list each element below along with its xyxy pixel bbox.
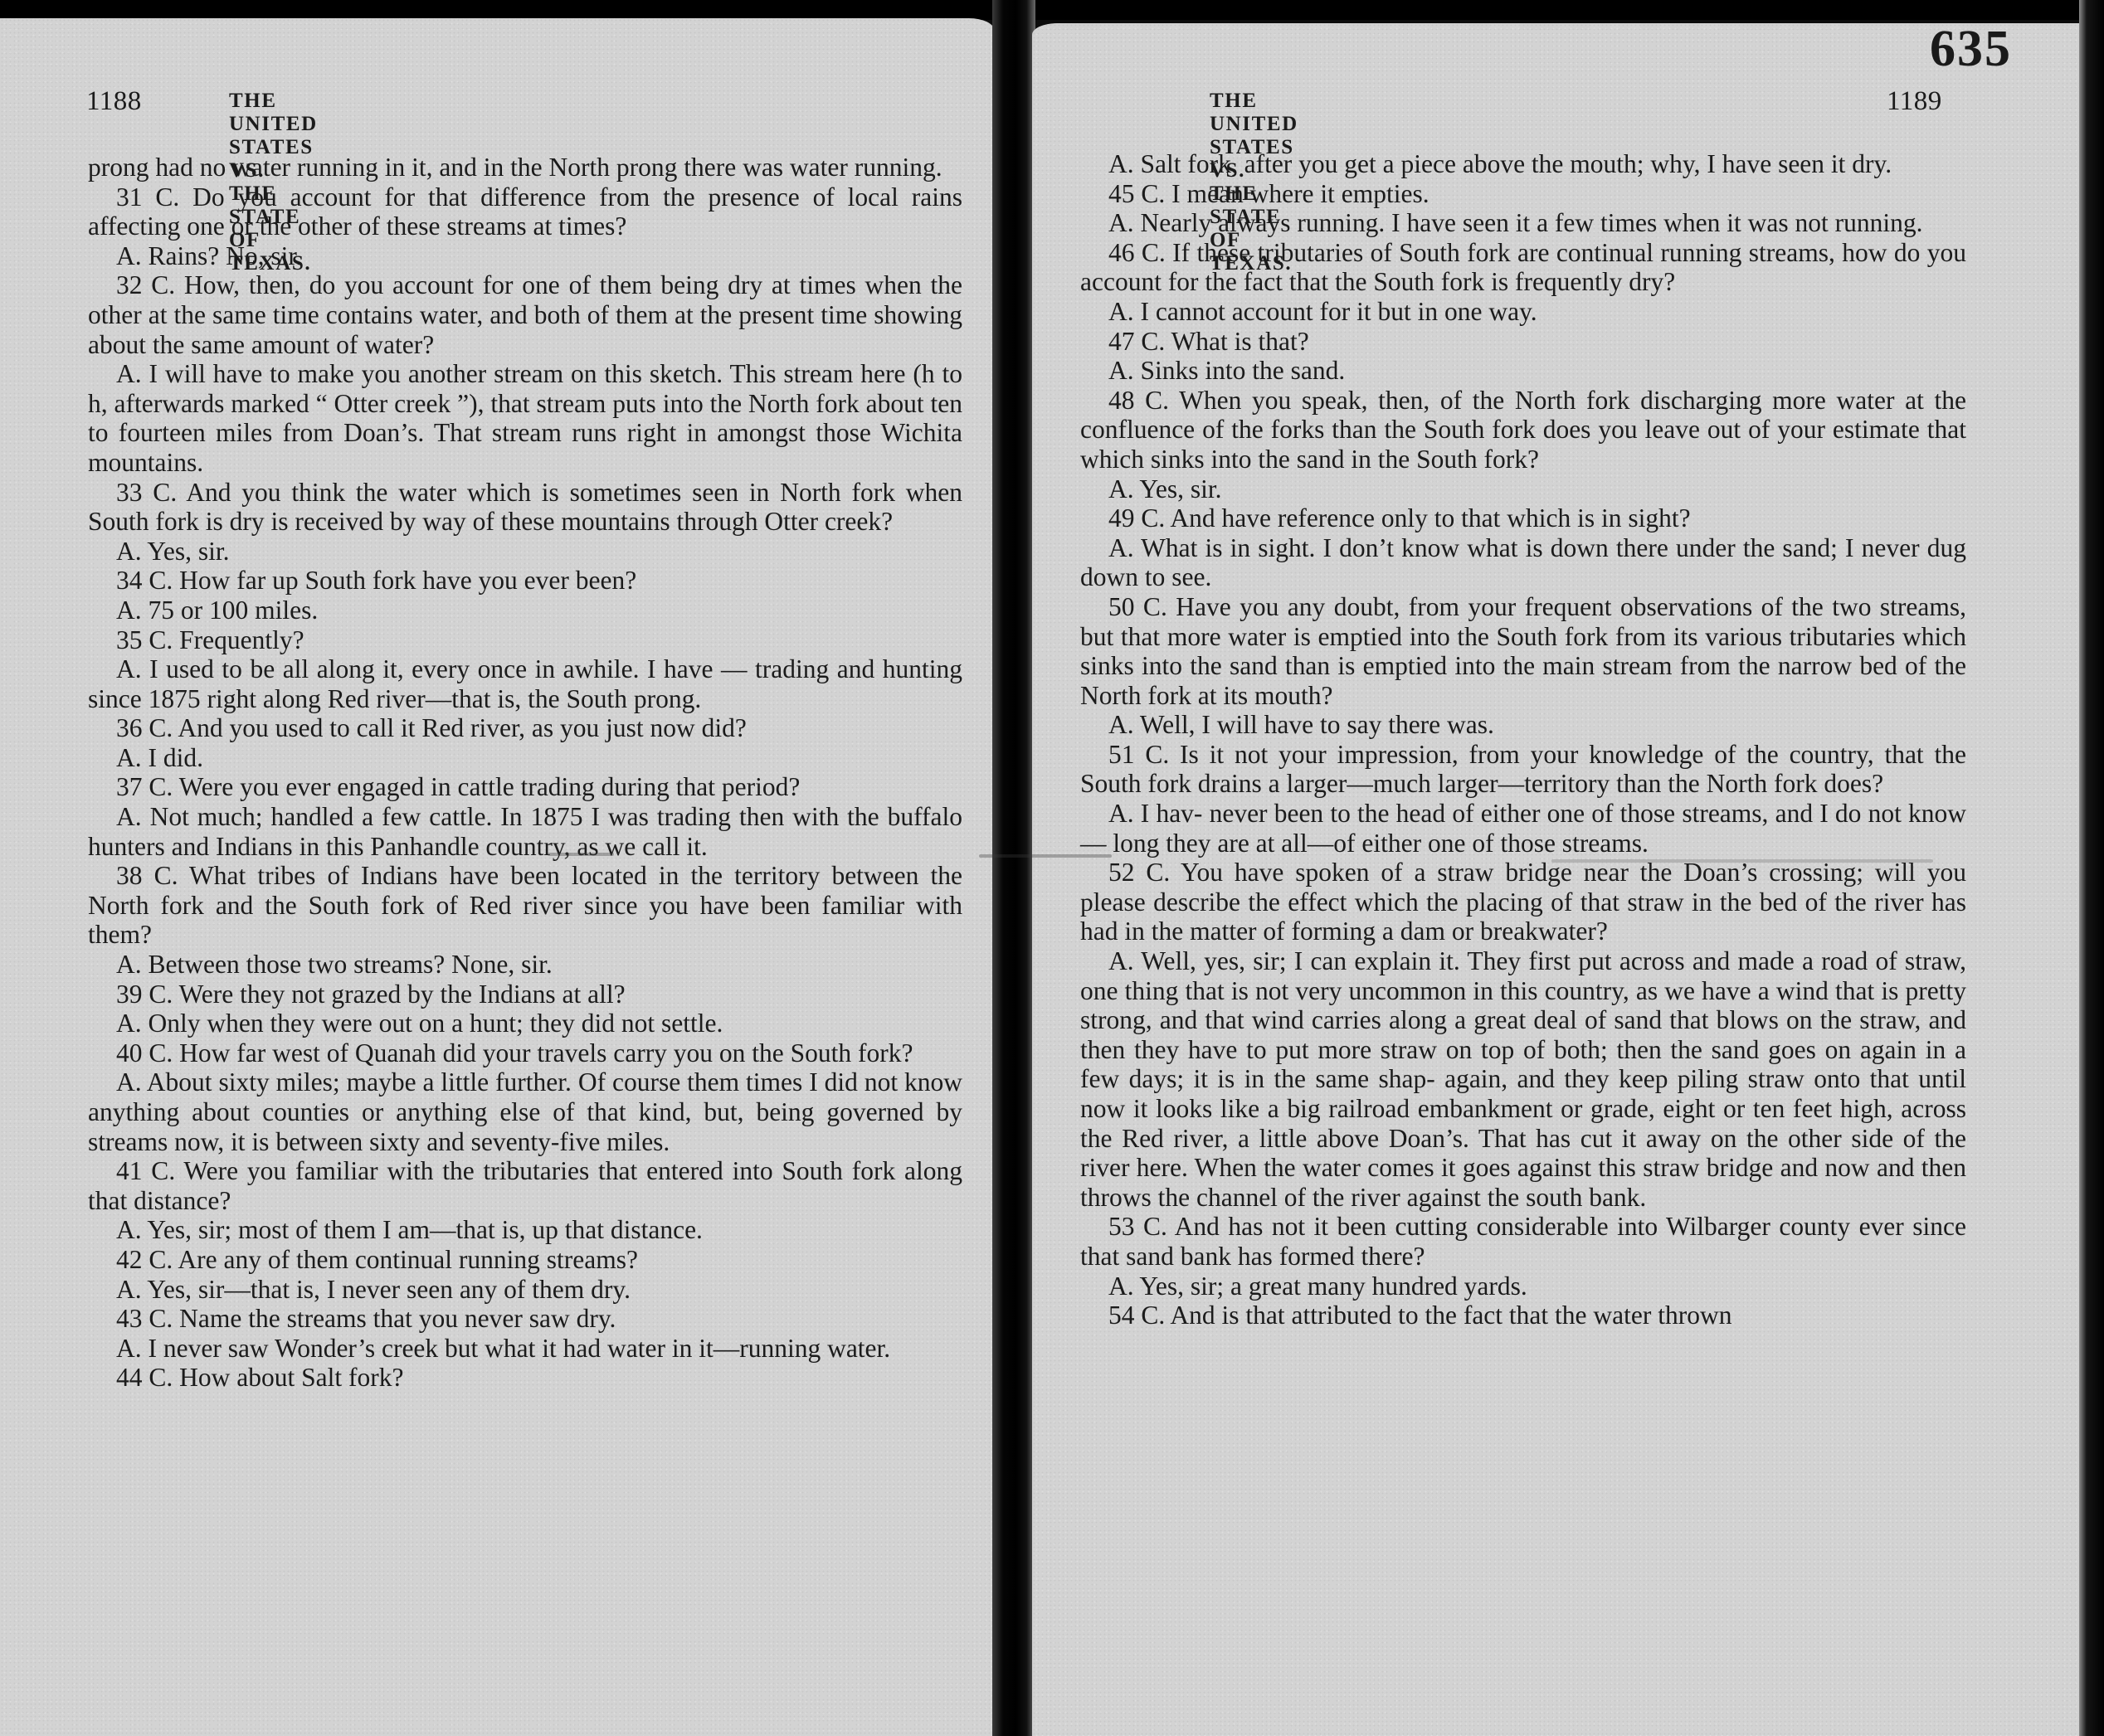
question-40: 40 C. How far west of Quanah did your tr… — [88, 1038, 962, 1068]
answer-35: A. I used to be all along it, every once… — [88, 654, 962, 713]
book-gutter — [992, 0, 1035, 1736]
answer-31: A. Rains? No, sir. — [88, 241, 962, 271]
answer-52: A. Well, yes, sir; I can explain it. The… — [1080, 946, 1966, 1212]
question-34: 34 C. How far up South fork have you eve… — [88, 566, 962, 596]
answer-33: A. Yes, sir. — [88, 537, 962, 567]
answer-32: A. I will have to make you another strea… — [88, 359, 962, 477]
question-42: 42 C. Are any of them continual running … — [88, 1245, 962, 1275]
question-33: 33 C. And you think the water which is s… — [88, 478, 962, 537]
question-47: 47 C. What is that? — [1080, 327, 1966, 357]
question-31: 31 C. Do you account for that difference… — [88, 182, 962, 241]
scan-smudge — [979, 854, 1112, 858]
answer-39: A. Only when they were out on a hunt; th… — [88, 1009, 962, 1038]
answer-38: A. Between those two streams? None, sir. — [88, 950, 962, 980]
stamp-number: 635 — [1930, 20, 2012, 79]
answer-49: A. What is in sight. I don’t know what i… — [1080, 533, 1966, 592]
paragraph-continuation: prong had no water running in it, and in… — [88, 153, 962, 182]
scan-smudge — [548, 853, 614, 856]
answer-43: A. I never saw Wonder’s creek but what i… — [88, 1334, 962, 1364]
right-page-number: 1189 — [1887, 86, 1942, 117]
left-page-number: 1188 — [86, 86, 142, 117]
question-35: 35 C. Frequently? — [88, 625, 962, 655]
answer-47: A. Sinks into the sand. — [1080, 356, 1966, 386]
question-44: 44 C. How about Salt fork? — [88, 1363, 962, 1393]
answer-41: A. Yes, sir; most of them I am—that is, … — [88, 1215, 962, 1245]
scan-right-border — [2079, 0, 2104, 1736]
left-text-column: prong had no water running in it, and in… — [88, 153, 962, 1393]
question-41: 41 C. Were you familiar with the tributa… — [88, 1156, 962, 1215]
right-text-column: A. Salt fork, after you get a piece abov… — [1080, 149, 1966, 1330]
answer-40: A. About sixty miles; maybe a little fur… — [88, 1067, 962, 1156]
answer-34: A. 75 or 100 miles. — [88, 596, 962, 625]
question-39: 39 C. Were they not grazed by the Indian… — [88, 980, 962, 1009]
answer-51: A. I hav- never been to the head of eith… — [1080, 799, 1966, 858]
question-54: 54 C. And is that attributed to the fact… — [1080, 1301, 1966, 1330]
question-52: 52 C. You have spoken of a straw bridge … — [1080, 858, 1966, 946]
book-spread: 1188 THE UNITED STATES VS. THE STATE OF … — [0, 0, 2104, 1736]
question-50: 50 C. Have you any doubt, from your freq… — [1080, 592, 1966, 710]
answer-36: A. I did. — [88, 743, 962, 773]
question-53: 53 C. And has not it been cutting consid… — [1080, 1212, 1966, 1271]
question-36: 36 C. And you used to call it Red river,… — [88, 713, 962, 743]
answer-53: A. Yes, sir; a great many hundred yards. — [1080, 1272, 1966, 1301]
question-45: 45 C. I mean where it empties. — [1080, 179, 1966, 209]
answer-46: A. I cannot account for it but in one wa… — [1080, 297, 1966, 327]
scan-smudge — [1551, 859, 1933, 863]
scan-top-border — [0, 0, 2104, 20]
answer-45: A. Nearly always running. I have seen it… — [1080, 208, 1966, 238]
question-46: 46 C. If these tributaries of South fork… — [1080, 238, 1966, 297]
answer-48: A. Yes, sir. — [1080, 474, 1966, 504]
question-49: 49 C. And have reference only to that wh… — [1080, 503, 1966, 533]
question-51: 51 C. Is it not your impression, from yo… — [1080, 740, 1966, 799]
question-32: 32 C. How, then, do you account for one … — [88, 270, 962, 359]
question-38: 38 C. What tribes of Indians have been l… — [88, 861, 962, 950]
question-43: 43 C. Name the streams that you never sa… — [88, 1304, 962, 1334]
answer-44: A. Salt fork, after you get a piece abov… — [1080, 149, 1966, 179]
answer-37: A. Not much; handled a few cattle. In 18… — [88, 802, 962, 861]
answer-42: A. Yes, sir—that is, I never seen any of… — [88, 1275, 962, 1305]
question-37: 37 C. Were you ever engaged in cattle tr… — [88, 772, 962, 802]
answer-50: A. Well, I will have to say there was. — [1080, 710, 1966, 740]
question-48: 48 C. When you speak, then, of the North… — [1080, 386, 1966, 474]
